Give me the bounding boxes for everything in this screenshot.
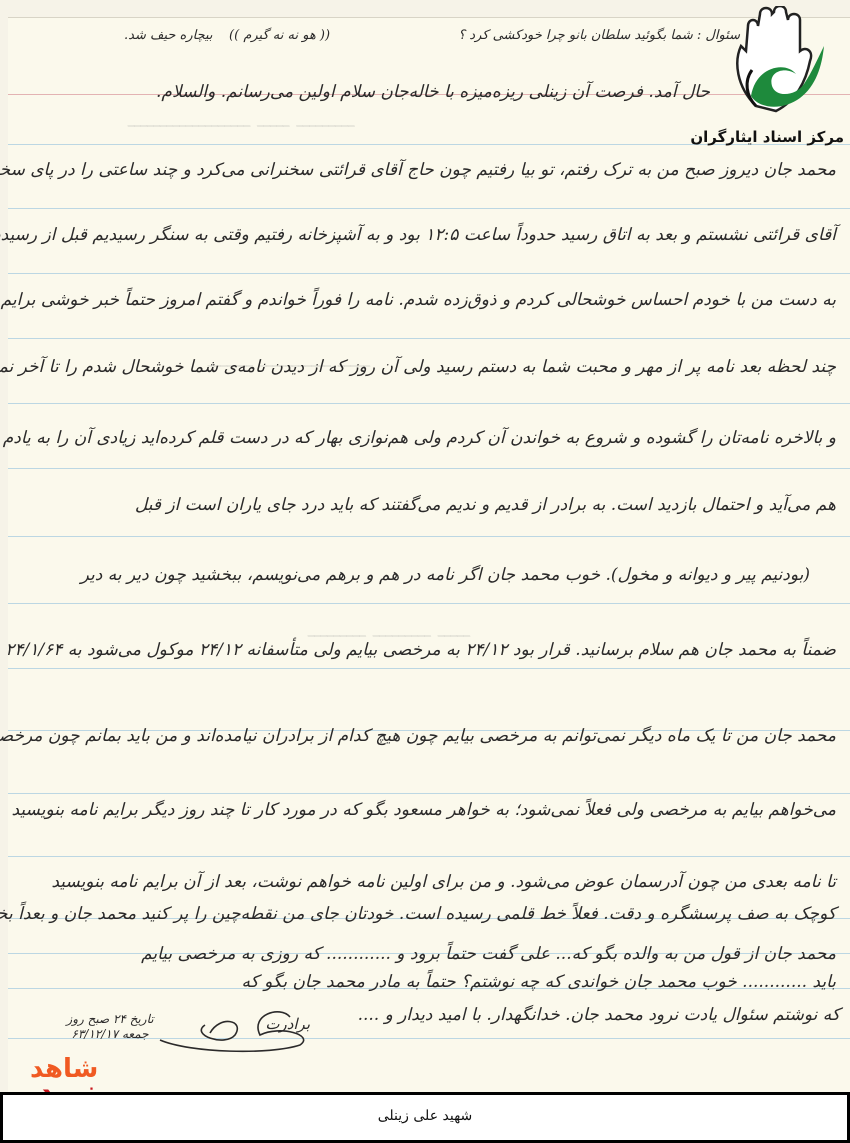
rule-line	[8, 273, 850, 274]
letter-line: که نوشتم سئوال یادت نرود محمد جان. خدانگ…	[358, 1005, 840, 1025]
martyr-name-caption: شهید علی زینلی	[3, 1108, 847, 1124]
letter-line: هم می‌آید و احتمال بازدید است. به برادر …	[135, 495, 836, 515]
letter-line: ضمناً به محمد جان هم سلام برسانید. قرار …	[5, 640, 836, 660]
rule-line	[8, 468, 850, 469]
letter-line: محمد جان از قول من به والده بگو که... عل…	[141, 944, 836, 964]
header-quote: (( هو نه نه گیرم )) بیچاره حیف شد.	[124, 28, 330, 43]
header-quote-text: (( هو نه نه گیرم ))	[229, 28, 330, 43]
letter-line: تا نامه بعدی من چون آدرسمان عوض می‌شود. …	[51, 872, 836, 892]
signature-scribble	[150, 1005, 320, 1055]
rule-line	[8, 668, 850, 669]
letter-line: به دست من با خودم احساس خوشحالی کردم و ذ…	[0, 290, 836, 310]
rule-line	[8, 793, 850, 794]
rule-line	[8, 403, 850, 404]
letter-line: چند لحظه بعد نامه پر از مهر و محبت شما ب…	[0, 357, 836, 377]
isargaran-logo-text: مرکز اسناد ایثارگران	[704, 128, 844, 146]
header-note: بیچاره حیف شد.	[124, 28, 213, 43]
header-question: سئوال : شما بگوئید سلطان بانو چرا خودکشی…	[458, 28, 740, 43]
rule-line	[8, 536, 850, 537]
rule-line	[8, 856, 850, 857]
letter-line: می‌خواهم بیایم به مرخصی ولی فعلاً نمی‌شو…	[12, 800, 837, 820]
scanned-letter: ـــــــــــــــــــ ـــــ ـــــــــ ــــ…	[0, 0, 850, 1092]
letter-line: (بودنیم پیر و دیوانه و مخول). خوب محمد ج…	[81, 565, 810, 585]
letter-line: و بالاخره نامه‌تان را گشوده و شروع به خو…	[3, 428, 836, 448]
letter-line: محمد جان دیروز صبح من به ترک رفتم، تو بی…	[0, 160, 836, 180]
letter-line: کوچک به صف پرسشگره و دقت. فعلاً خط قلمی …	[0, 904, 836, 924]
letter-date: تاریخ ۲۴ صبح روز جمعه ۶۳/۱۲/۱۷	[60, 1012, 160, 1042]
letter-line: حال آمد. فرصت آن زینلی ریزه‌میزه با خاله…	[156, 82, 710, 102]
bleed-through-text: ـــــــــــــــــــ ـــــ ـــــــــ	[128, 108, 355, 133]
isargaran-documents-center-logo: مرکز اسناد ایثارگران	[704, 6, 844, 156]
rule-line	[8, 208, 850, 209]
rule-line	[8, 603, 850, 604]
letter-line: آقای قرائتی نشستم و بعد به اتاق رسید حدو…	[0, 225, 836, 245]
caption-bar: شهید علی زینلی	[0, 1092, 850, 1143]
letter-line: باید ............ خوب محمد جان خواندی که…	[242, 972, 836, 992]
letter-line: محمد جان من تا یک ماه دیگر نمی‌توانم به …	[0, 726, 836, 746]
hand-and-dove-icon	[726, 6, 826, 124]
rule-line	[8, 338, 850, 339]
